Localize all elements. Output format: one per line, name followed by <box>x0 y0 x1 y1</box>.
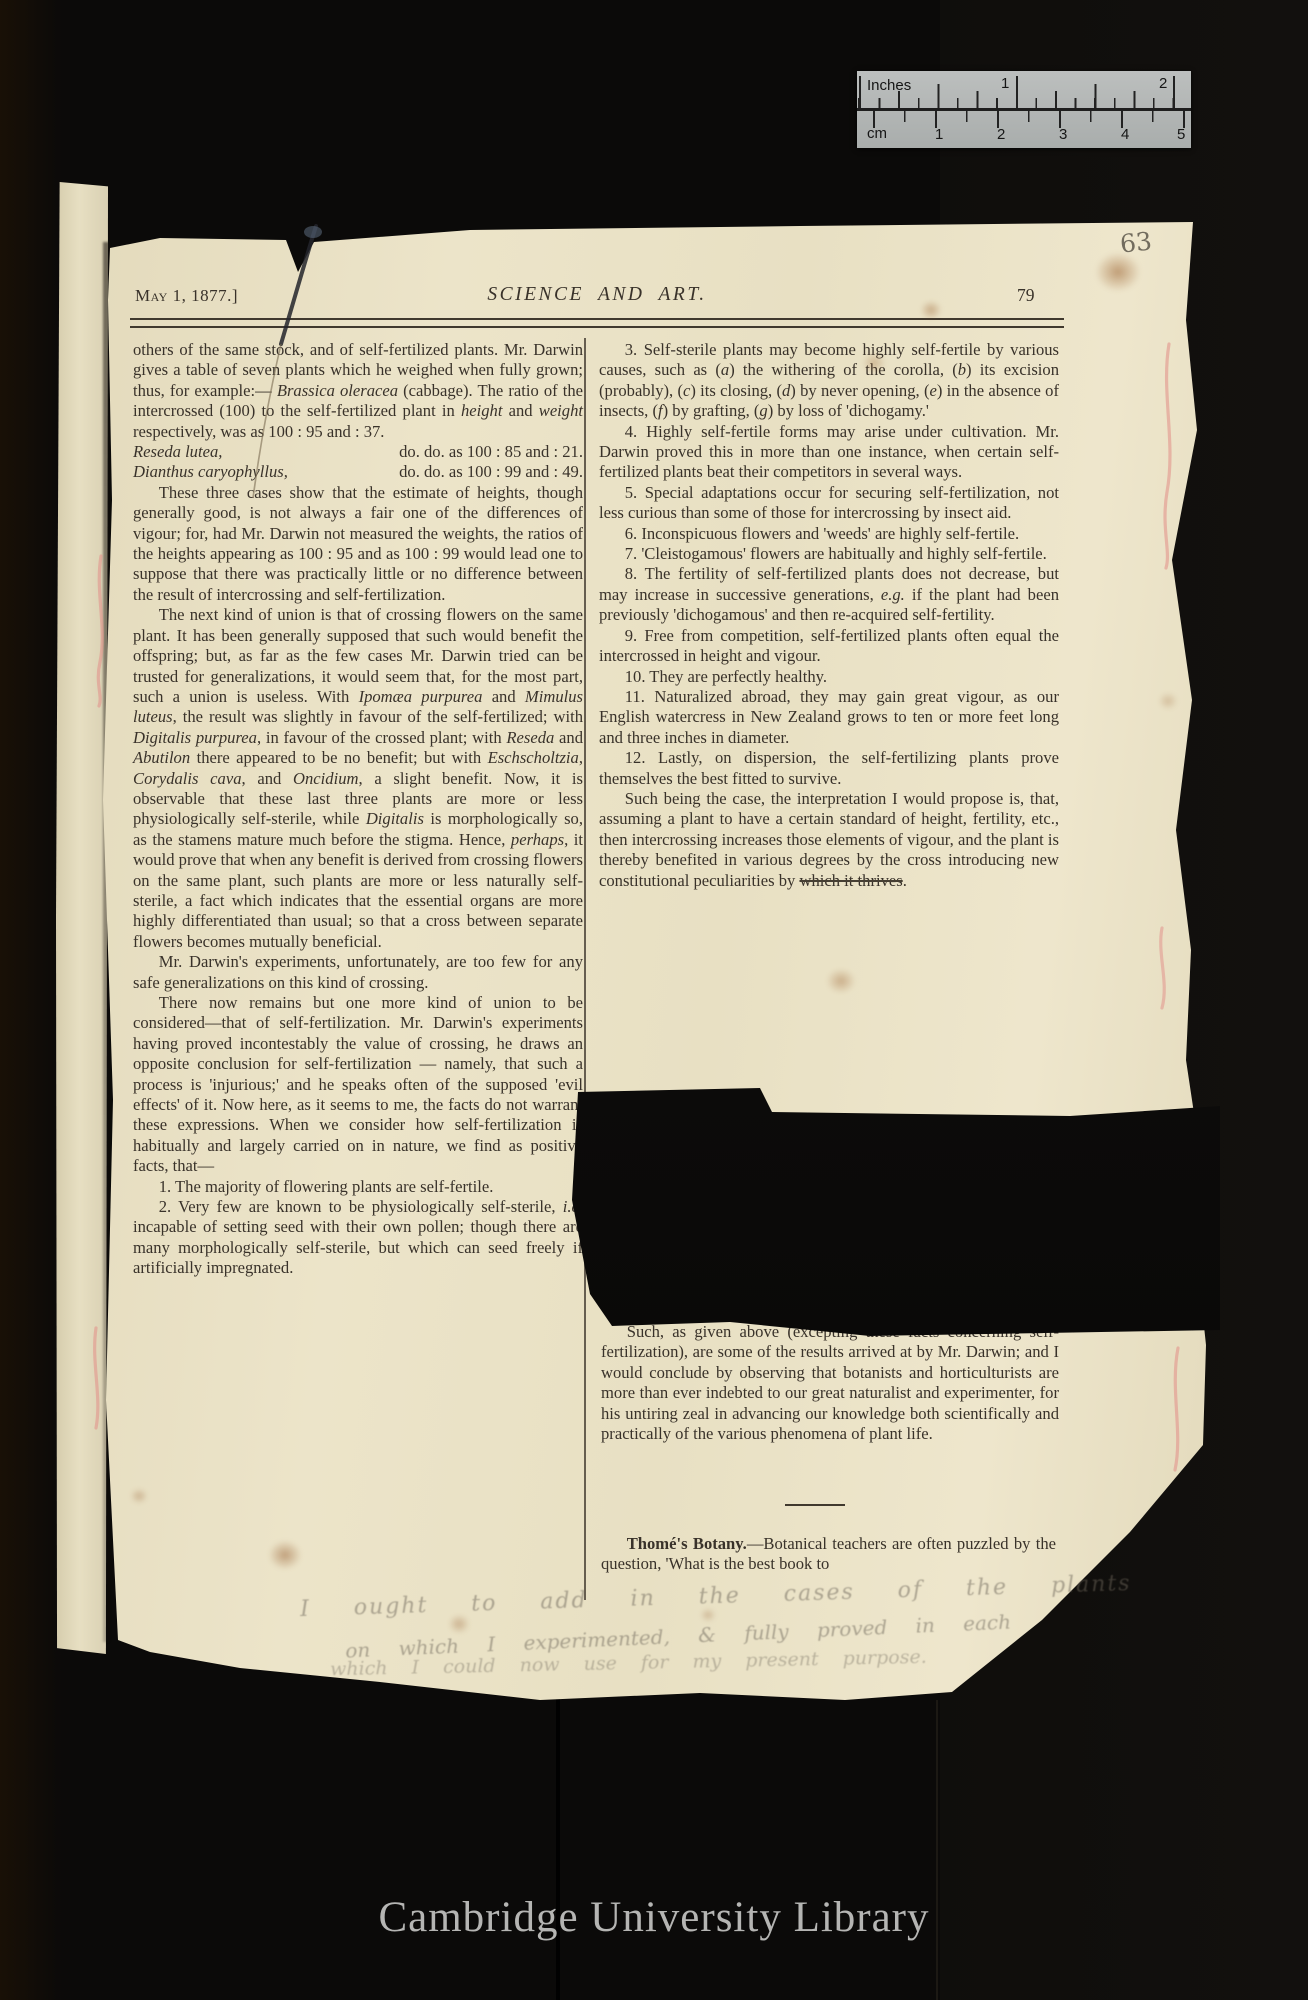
ruler-cm-number: 4 <box>1121 126 1129 143</box>
paragraph: 7. 'Cleistogamous' flowers are habituall… <box>599 544 1059 564</box>
paragraph: 12. Lastly, on dispersion, the self-fert… <box>599 748 1059 789</box>
cutout-hole <box>570 1080 1220 1350</box>
ruler-cm-ticks <box>857 111 1191 128</box>
ruler-cm-number: 2 <box>997 126 1005 143</box>
ruler-cm-number: 1 <box>935 126 943 143</box>
paragraph: Such, as given above (excepting these fa… <box>601 1322 1059 1444</box>
paragraph: Mr. Darwin's experiments, unfortunately,… <box>133 952 583 993</box>
paragraph: 5. Special adaptations occur for securin… <box>599 483 1059 524</box>
paragraph: others of the same stock, and of self-fe… <box>133 340 583 442</box>
paragraph: 6. Inconspicuous flowers and 'weeds' are… <box>599 524 1059 544</box>
newspaper-clipping: May 1, 1877.] SCIENCE AND ART. 79 others… <box>95 218 1210 1713</box>
paragraph: The next kind of union is that of crossi… <box>133 605 583 952</box>
foxing-stain <box>130 1488 148 1504</box>
paragraph: There now remains but one more kind of u… <box>133 993 583 1177</box>
album-page-edge <box>56 182 108 1654</box>
paragraph: 9. Free from competition, self-fertilize… <box>599 626 1059 667</box>
paragraph: 3. Self-sterile plants may become highly… <box>599 340 1059 422</box>
foxing-stain <box>268 1540 302 1570</box>
paragraph: 10. They are perfectly healthy. <box>599 667 1059 687</box>
paragraph: Such being the case, the interpretation … <box>599 789 1059 891</box>
left-text-column: others of the same stock, and of self-fe… <box>133 340 583 1279</box>
paragraph: 11. Naturalized abroad, they may gain gr… <box>599 687 1059 748</box>
right-text-column: 3. Self-sterile plants may become highly… <box>599 340 1059 891</box>
column-divider-rule <box>584 338 586 1600</box>
paragraph: 1. The majority of flowering plants are … <box>133 1177 583 1197</box>
library-watermark: Cambridge University Library <box>0 1893 1308 1942</box>
ratio-line: Dianthus caryophyllus,do. do. as 100 : 9… <box>133 462 583 482</box>
ruler-cm-number: 5 <box>1177 126 1185 143</box>
foxing-stain <box>826 968 856 994</box>
foxing-stain <box>700 1608 716 1622</box>
ruler-inch-number: 1 <box>1001 75 1009 92</box>
ruler-cm-number: 3 <box>1059 126 1067 143</box>
velvet-fold <box>936 1700 938 2000</box>
section-separator-rule <box>785 1504 845 1506</box>
paragraph: 2. Very few are known to be physiologica… <box>133 1197 583 1279</box>
ratio-line: Reseda lutea,do. do. as 100 : 85 and : 2… <box>133 442 583 462</box>
velvet-background <box>0 0 62 2000</box>
ruler-inches-label: Inches <box>867 77 911 94</box>
thome-botany-notice: Thomé's Botany.—Botanical teachers are o… <box>601 1534 1056 1575</box>
photograph-stage: Inches 1 2 cm 1 2 3 4 5 May 1, 1877.] SC… <box>0 0 1308 2000</box>
paragraph: These three cases show that the estimate… <box>133 483 583 605</box>
journal-title: SCIENCE AND ART. <box>487 284 706 306</box>
tear-smudge <box>304 226 322 238</box>
velvet-fold <box>556 1690 560 2000</box>
foxing-stain <box>1158 692 1178 710</box>
paragraph: 4. Highly self-fertile forms may arise u… <box>599 422 1059 483</box>
foxing-stain <box>1095 252 1141 292</box>
ruler-cm-label: cm <box>867 125 887 142</box>
paragraph: 8. The fertility of self-fertilized plan… <box>599 564 1059 625</box>
header-double-rule <box>130 318 1064 328</box>
paragraph: Thomé's Botany.—Botanical teachers are o… <box>601 1534 1056 1575</box>
pencil-folio-number: 63 <box>1119 226 1154 258</box>
ruler-inch-number: 2 <box>1159 75 1167 92</box>
foxing-stain <box>862 352 886 374</box>
right-column-lower-fragment: Such, as given above (excepting these fa… <box>601 1322 1059 1444</box>
page-number: 79 <box>1017 285 1035 306</box>
foxing-stain <box>920 300 942 320</box>
measurement-ruler: Inches 1 2 cm 1 2 3 4 5 <box>857 71 1191 148</box>
header-date: May 1, 1877.] <box>135 286 238 306</box>
